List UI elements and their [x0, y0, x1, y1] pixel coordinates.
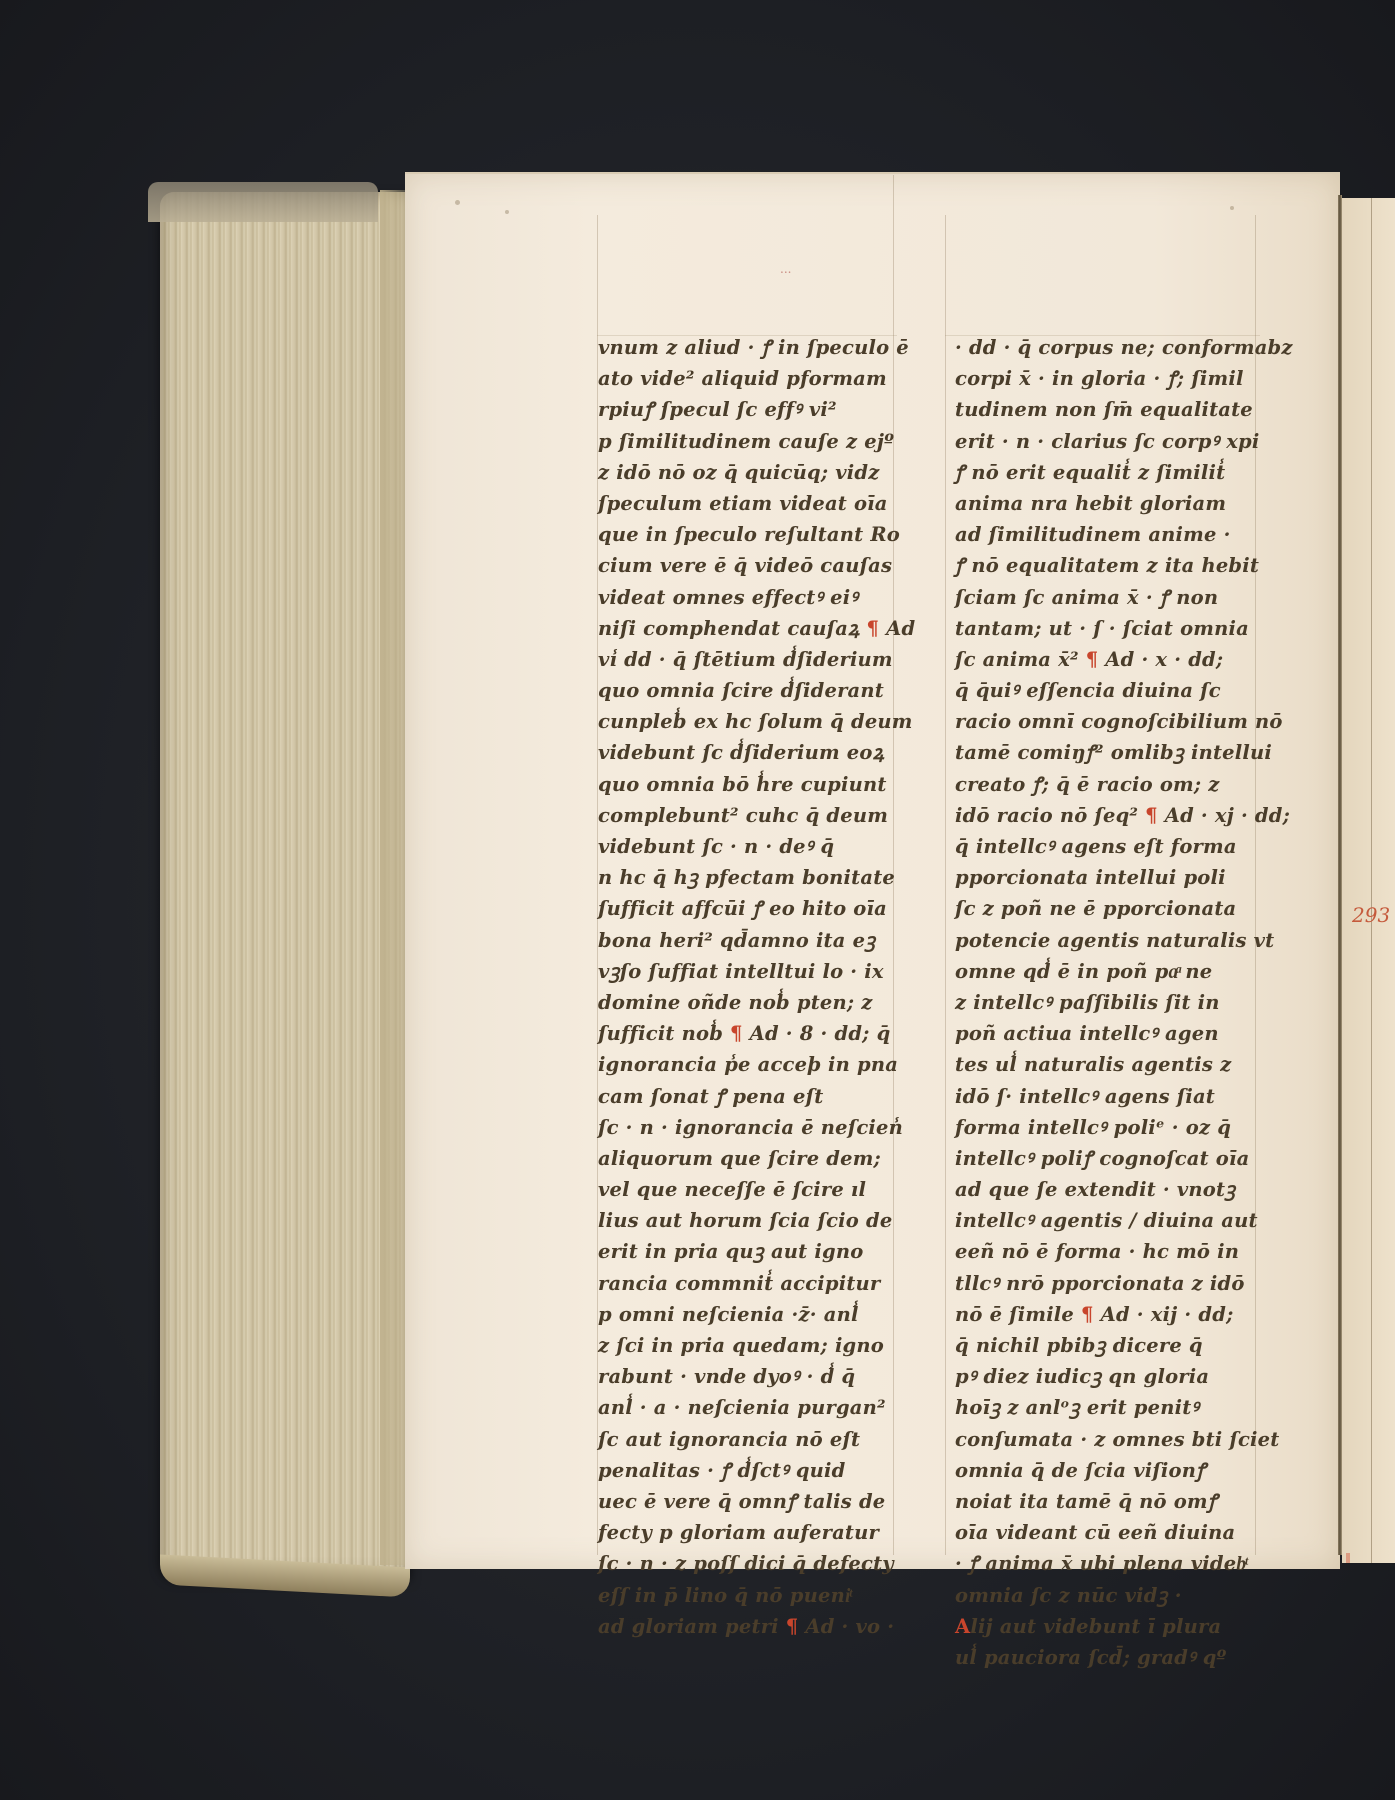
manuscript-line: ꝭ nō erit equalit̾ z ſimilit̾ [955, 457, 1270, 488]
manuscript-line: idō ſ· intellcꝰ agens ſiat [955, 1081, 1270, 1112]
rubric-paragraph-mark: A [955, 1615, 970, 1638]
manuscript-line: racio omnī cognoſcibilium nō [955, 706, 1270, 737]
manuscript-line: tes ul̾ naturalis agentis z [955, 1049, 1270, 1080]
manuscript-line: anl̾ · a · neſcienia purgan² [598, 1392, 908, 1423]
manuscript-line: ſc aut ignorancia nō eſt [598, 1424, 908, 1455]
manuscript-line: omnia ſc z nūc vidꝫ · [955, 1580, 1270, 1611]
manuscript-line: q̄ q̄uiꝰ eſſencia diuina ſc [955, 675, 1270, 706]
manuscript-line: aliquorum que ſcire dem; [598, 1143, 908, 1174]
manuscript-line: rabunt · vnde dyoꝰ · d̾ q̄ [598, 1361, 908, 1392]
manuscript-line: quo omnia ſcire d̾ſiderant [598, 675, 908, 706]
manuscript-line: creato ꝭ; q̄ ē racio om; z [955, 769, 1270, 800]
manuscript-line: complebunt² cuhc q̄ deum [598, 800, 908, 831]
manuscript-line: videbunt ſc d̾ſiderium eoꝝ [598, 737, 908, 768]
manuscript-line: Alij aut videbunt ī plura [955, 1611, 1270, 1642]
manuscript-line: forma intellcꝰ poliᵉ · oz q̄ [955, 1112, 1270, 1143]
manuscript-line: uec ē vere q̄ omnꝭ talis de [598, 1486, 908, 1517]
manuscript-line: p omni neſcienia ·z̄· anl̾ [598, 1299, 908, 1330]
manuscript-line: erit in pria quꝫ aut igno [598, 1236, 908, 1267]
manuscript-line: intellcꝰ poliꝭ cognoſcat oīa [955, 1143, 1270, 1174]
manuscript-line: idō racio nō ſeq² ¶ Ad · xj · dd; [955, 800, 1270, 831]
manuscript-line: intellcꝰ agentis / diuina aut [955, 1205, 1270, 1236]
manuscript-line: ſpeculum etiam videat oīa [598, 488, 908, 519]
manuscript-line: lius aut horum ſcia ſcio de [598, 1205, 908, 1236]
manuscript-line: ad gloriam petri ¶ Ad · vo · [598, 1611, 908, 1642]
folio-number: 293 [1352, 903, 1390, 927]
manuscript-line: vnum z aliud · ꝭ in ſpeculo ē [598, 332, 908, 363]
manuscript-line: tamē comiŋꝭ² omlibꝫ intellui [955, 737, 1270, 768]
manuscript-line: ul̾ pauciora ſcd̄; gradꝰ qº [955, 1642, 1270, 1673]
manuscript-line: ſc · n · ignorancia ē neſcien̾ [598, 1112, 908, 1143]
pen-mark: ... [780, 262, 791, 276]
manuscript-line: poñ actiua intellcꝰ agen [955, 1018, 1270, 1049]
manuscript-line: potencie agentis naturalis vt [955, 925, 1270, 956]
manuscript-line: ignorancia p̾e acceþ in pna [598, 1049, 908, 1080]
manuscript-line: ato vide² aliquid pformam [598, 363, 908, 394]
rubric-paragraph-mark: ¶ [867, 617, 880, 640]
foxing-spot [505, 210, 509, 214]
manuscript-line: omne qd̾ ē in poñ paͣ ne [955, 956, 1270, 987]
manuscript-line: ad que ſe extendit · vnotꝫ [955, 1174, 1270, 1205]
manuscript-line: que in ſpeculo reſultant Ro [598, 519, 908, 550]
facing-page-edge [1342, 198, 1395, 1563]
manuscript-line: ſufficit nob̾ ¶ Ad · 8 · dd; q̄ [598, 1018, 908, 1049]
manuscript-line: eſſ in p̄ lino q̄ nō pueniͭ [598, 1580, 908, 1611]
manuscript-line: pꝰ diez iudicꝫ qn gloria [955, 1361, 1270, 1392]
manuscript-line: bona heri² qd̄amno ita eꝫ [598, 925, 908, 956]
manuscript-line: pporcionata intellui poli [955, 862, 1270, 893]
manuscript-line: ſc anima x̄² ¶ Ad · x · dd; [955, 644, 1270, 675]
manuscript-line: anima nra hebit gloriam [955, 488, 1270, 519]
manuscript-line: z intellcꝰ paſſibilis ſit in [955, 987, 1270, 1018]
manuscript-line: corpi x̄ · in gloria · ꝭ; ſimil [955, 363, 1270, 394]
manuscript-line: penalitas · ꝭ d̾ſctꝰ quid [598, 1455, 908, 1486]
manuscript-line: noiat ita tamē q̄ nō omꝭ [955, 1486, 1270, 1517]
manuscript-line: tantam; ut · ſ · ſciat omnia [955, 613, 1270, 644]
manuscript-line: domine oñde nob̾ pten; z [598, 987, 908, 1018]
foxing-spot [1230, 206, 1234, 210]
manuscript-line: fecty p gloriam auferatur [598, 1517, 908, 1548]
manuscript-line: vi̾ dd · q̄ ſtētium d̾ſiderium [598, 644, 908, 675]
rubric-paragraph-mark: ¶ [730, 1022, 743, 1045]
manuscript-line: q̄ nichil pbibꝫ dicere q̄ [955, 1330, 1270, 1361]
manuscript-line: hoīꝫ z anlᵒꝫ erit penitꝰ [955, 1392, 1270, 1423]
manuscript-line: videbunt ſc · n · deꝰ q̄ [598, 831, 908, 862]
manuscript-line: tudinem non ſm̄ equalitate [955, 394, 1270, 425]
manuscript-line: ad ſimilitudinem anime · [955, 519, 1270, 550]
manuscript-line: ꝭ nō equalitatem z ita hebit [955, 550, 1270, 581]
manuscript-line: z ſci in pria quedam; igno [598, 1330, 908, 1361]
foxing-spot [455, 200, 460, 205]
manuscript-line: ſufficit affcūi ꝭ eo hito oīa [598, 893, 908, 924]
manuscript-line: rancia commnit̾ accipitur [598, 1268, 908, 1299]
manuscript-line: n hc q̄ hꝫ pfectam bonitate [598, 862, 908, 893]
manuscript-line: · ꝭ anima x̄ ubi plena videbͭ [955, 1548, 1270, 1579]
rubric-paragraph-mark: ¶ [1145, 804, 1158, 827]
book-fore-edge [160, 192, 410, 1577]
ruling-line [945, 215, 946, 1555]
manuscript-line: cunpleb̾ ex hc ſolum q̄ deum [598, 706, 908, 737]
manuscript-line: · dd · q̄ corpus ne; conformabz [955, 332, 1270, 363]
manuscript-line: conſumata · z omnes bti ſciet [955, 1424, 1270, 1455]
manuscript-line: z idō nō oz q̄ quicūq; vidz [598, 457, 908, 488]
manuscript-line: vel que neceſſe ē ſcire ıl [598, 1174, 908, 1205]
manuscript-line: p ſimilitudinem cauſe z ejº [598, 426, 908, 457]
manuscript-line: ſciam ſc anima x̄ · ꝭ non [955, 582, 1270, 613]
manuscript-line: vꝫſo ſuffiat intelltui lo · ix [598, 956, 908, 987]
manuscript-line: erit · n · clarius ſc corpꝰ xpi [955, 426, 1270, 457]
manuscript-line: oīa videant cū eeñ diuina [955, 1517, 1270, 1548]
text-column-left: vnum z aliud · ꝭ in ſpeculo ēato vide² a… [598, 332, 908, 1642]
manuscript-line: videat omnes effectꝰ eiꝰ [598, 582, 908, 613]
manuscript-line: quo omnia bō h̾re cupiunt [598, 769, 908, 800]
manuscript-line: nō ē ſimile ¶ Ad · xij · dd; [955, 1299, 1270, 1330]
facing-page-ruling [1371, 198, 1372, 1563]
manuscript-line: rpiuꝭ ſpecul ſc effꝰ vi² [598, 394, 908, 425]
manuscript-line: cium vere ē q̄ videō cauſas [598, 550, 908, 581]
rubric-paragraph-mark: ¶ [786, 1615, 799, 1638]
manuscript-line: eeñ nō ē forma · hc mō in [955, 1236, 1270, 1267]
rubric-paragraph-mark: ¶ [1081, 1303, 1094, 1326]
manuscript-line: cam ſonat ꝭ pena eſt [598, 1081, 908, 1112]
manuscript-line: q̄ intellcꝰ agens eſt forma [955, 831, 1270, 862]
manuscript-line: niſi comphendat cauſaꝝ ¶ Ad [598, 613, 908, 644]
rubric-paragraph-mark: ¶ [1086, 648, 1099, 671]
manuscript-line: tllcꝰ nrō pporcionata z idō [955, 1268, 1270, 1299]
red-smudge [1346, 1553, 1350, 1563]
manuscript-line: ſc z poñ ne ē pporcionata [955, 893, 1270, 924]
manuscript-line: omnia q̄ de ſcia viſionꝭ [955, 1455, 1270, 1486]
text-column-right: · dd · q̄ corpus ne; conformabzcorpi x̄ … [955, 332, 1270, 1673]
manuscript-line: ſc · n · z poſſ dici q̄ defecty [598, 1548, 908, 1579]
